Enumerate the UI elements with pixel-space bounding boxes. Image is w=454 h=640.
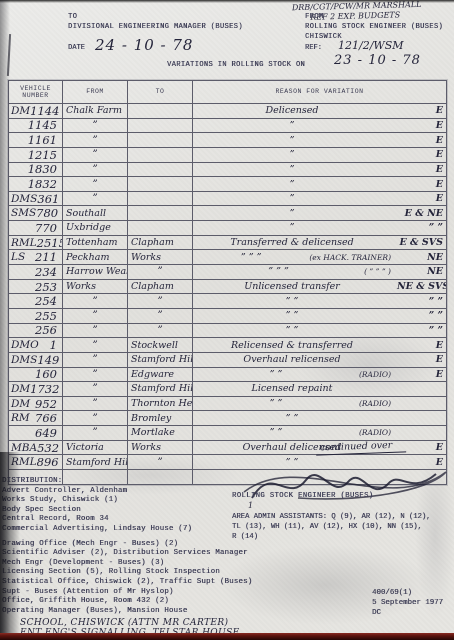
area-admin-line2: TL (13), WH (11), AV (12), HX (10), NN (… xyxy=(232,522,430,532)
reason-cell: ” ” ” ” xyxy=(193,309,446,323)
to-cell: Works xyxy=(128,250,193,264)
reason-cell: ” E xyxy=(193,133,446,147)
table-row: 770 Uxbridge ” ” ” xyxy=(9,221,446,236)
from-cell: Stamford Hill xyxy=(63,455,128,469)
to-cell: Thornton Heath xyxy=(128,397,193,411)
table-row: DM 1732 ” Stamford Hill Licensed repaint xyxy=(9,382,446,397)
reason-text: ” ” xyxy=(193,369,359,380)
reason-cell: Licensed repaint xyxy=(193,382,446,396)
footer-reference: 400/69(1) 5 September 1977 DC xyxy=(372,589,443,618)
photo-edge-bottom xyxy=(0,633,454,640)
reason-cell: ” ” ” ” xyxy=(193,294,446,308)
vehicle-cell: 649 xyxy=(9,426,63,440)
table-row: 256 ” ” ” ” ” ” xyxy=(9,324,446,339)
from-cell: ” xyxy=(63,397,128,411)
distribution-line: Office, Griffith House, Room 432 (2) xyxy=(2,597,352,607)
to-cell: Bromley xyxy=(128,411,193,425)
table-row: RM 766 ” Bromley ” ” xyxy=(9,411,446,426)
reason-cell: Overhaul relicensed E xyxy=(193,353,446,367)
reason-text: ” ” ” xyxy=(193,252,309,263)
reason-text: ” ” xyxy=(193,398,359,409)
reason-text: ” xyxy=(193,135,391,146)
vehicle-number: 649 xyxy=(35,426,62,440)
footer-ref-date: 5 September 1977 xyxy=(372,599,443,609)
from-block: FROM ROLLING STOCK ENGINEER (BUSES) CHIS… xyxy=(305,12,443,42)
from-cell: ” xyxy=(63,382,128,396)
to-cell xyxy=(128,221,193,235)
vehicle-number: 2515 xyxy=(37,236,63,250)
signature xyxy=(238,458,453,510)
from-cell: ” xyxy=(63,426,128,440)
reason-text: ” ” xyxy=(193,325,391,336)
from-cell: ” xyxy=(63,411,128,425)
column-vehicle-number: VEHICLE NUMBER xyxy=(9,81,63,103)
from-cell: Tottenham xyxy=(63,236,128,250)
vehicle-number: 1215 xyxy=(28,148,62,162)
variation-code: E xyxy=(397,120,446,131)
vehicle-number: 780 xyxy=(36,206,63,220)
from-cell: ” xyxy=(63,133,128,147)
footer-ref-initials: DC xyxy=(372,609,443,619)
table-row: 254 ” ” ” ” ” ” xyxy=(9,294,446,309)
table-row: DM 1144 Chalk Farm Delicensed E xyxy=(9,104,446,119)
variation-code: E xyxy=(397,369,446,380)
to-cell: ” xyxy=(128,294,193,308)
vehicle-number: 253 xyxy=(35,280,62,294)
vehicle-prefix: DMO xyxy=(9,339,39,351)
table-row: 255 ” ” ” ” ” ” xyxy=(9,309,446,324)
vehicle-cell: 234 xyxy=(9,265,63,279)
to-label: TO xyxy=(68,12,243,22)
vehicle-prefix: DM xyxy=(9,383,30,395)
vehicle-number: 149 xyxy=(37,353,63,367)
table-body: DM 1144 Chalk Farm Delicensed E 1145 ” ”… xyxy=(9,104,446,484)
vehicle-number: 361 xyxy=(37,192,63,206)
vehicle-prefix: DM xyxy=(9,105,30,117)
vehicle-number: 532 xyxy=(37,441,63,455)
vehicle-cell: 1145 xyxy=(9,119,63,133)
to-cell xyxy=(128,192,193,206)
to-cell: Clapham xyxy=(128,280,193,294)
table-row: 1161 ” ” E xyxy=(9,133,446,148)
to-cell: Works xyxy=(128,441,193,455)
table-row: 234 Harrow Weald ” ” ” ” ( ” ” ” ) NE xyxy=(9,265,446,280)
reason-text: ” ” ” xyxy=(193,266,364,277)
reason-note: (RADIO) xyxy=(359,399,391,408)
signoff-mark: 1 xyxy=(248,501,253,510)
table-row: RML 2515 Tottenham Clapham Transferred &… xyxy=(9,236,446,251)
to-cell: Edgware xyxy=(128,368,193,382)
variation-code: E xyxy=(397,135,446,146)
from-value-line1: ROLLING STOCK ENGINEER (BUSES) xyxy=(305,22,443,32)
reason-note: (RADIO) xyxy=(359,428,391,437)
to-cell: Stockwell xyxy=(128,338,193,352)
reason-text: ” xyxy=(193,193,391,204)
variation-code: NE & SVS xyxy=(397,281,446,292)
vehicle-cell: 253 xyxy=(9,280,63,294)
from-cell: Uxbridge xyxy=(63,221,128,235)
variation-code: E & SVS xyxy=(397,237,446,248)
area-admin-line3: R (14) xyxy=(232,532,430,542)
reason-cell: ” E xyxy=(193,192,446,206)
table-header: VEHICLE NUMBER FROM TO REASON FOR VARIAT… xyxy=(9,81,446,104)
table-row: DMS 149 ” Stamford Hill Overhaul relicen… xyxy=(9,353,446,368)
to-cell: Mortlake xyxy=(128,426,193,440)
table-row: SMS 780 Southall ” E & NE xyxy=(9,206,446,221)
from-cell: ” xyxy=(63,294,128,308)
from-cell: ” xyxy=(63,192,128,206)
from-cell: ” xyxy=(63,177,128,191)
vehicle-cell: 1830 xyxy=(9,163,63,177)
reason-text: ” ” xyxy=(193,413,391,424)
reason-cell: ” E xyxy=(193,177,446,191)
to-cell xyxy=(128,148,193,162)
vehicle-number: 1832 xyxy=(28,177,62,191)
reason-note: ( ” ” ” ) xyxy=(364,267,391,276)
reason-cell: Relicensed & transferred E xyxy=(193,338,446,352)
variation-code: E & NE xyxy=(397,208,446,219)
vehicle-cell: DM 1732 xyxy=(9,382,63,396)
table-row: 253 Works Clapham Unlicensed transfer NE… xyxy=(9,280,446,295)
ref-label: REF: xyxy=(305,44,322,52)
vehicle-prefix: RM xyxy=(9,412,30,424)
vehicle-number: 256 xyxy=(35,324,62,338)
vehicle-cell: 1161 xyxy=(9,133,63,147)
reason-cell: ” ” ” ( ” ” ” ) NE xyxy=(193,265,446,279)
to-cell xyxy=(128,177,193,191)
reason-text: ” xyxy=(193,222,391,233)
to-cell xyxy=(128,163,193,177)
from-cell: ” xyxy=(63,163,128,177)
vehicle-cell: DMO 1 xyxy=(9,338,63,352)
from-cell: Chalk Farm xyxy=(63,104,128,118)
to-cell xyxy=(128,133,193,147)
variation-code: NE xyxy=(397,252,446,263)
vehicle-cell: 1832 xyxy=(9,177,63,191)
page-title-date: 23 - 10 - 78 xyxy=(334,53,421,68)
distribution-line: Licensing Section (5), Rolling Stock Ins… xyxy=(2,568,352,578)
variation-code: ” ” xyxy=(397,310,446,321)
distribution-line: SCHOOL, CHISWICK (ATTN MR CARTER) xyxy=(20,618,240,628)
table-row: DM 952 ” Thornton Heath ” ” (RADIO) xyxy=(9,397,446,412)
to-cell: ” xyxy=(128,455,193,469)
from-cell: ” xyxy=(63,338,128,352)
date-label: DATE xyxy=(68,44,85,52)
distribution-line: Statistical Office, Chiswick (2), Traffi… xyxy=(2,578,352,588)
from-cell: Southall xyxy=(63,206,128,220)
from-cell: ” xyxy=(63,119,128,133)
to-cell: Clapham xyxy=(128,236,193,250)
from-label: FROM xyxy=(305,12,443,22)
reason-cell: ” E xyxy=(193,163,446,177)
distribution-line: Scientific Adviser (2), Distribution Ser… xyxy=(2,549,352,559)
reason-text: ” ” xyxy=(193,310,391,321)
reason-text: ” ” xyxy=(193,427,359,438)
reason-text: ” xyxy=(193,208,391,219)
from-cell: Victoria xyxy=(63,441,128,455)
variations-table: VEHICLE NUMBER FROM TO REASON FOR VARIAT… xyxy=(8,80,447,485)
vehicle-number: 255 xyxy=(35,309,62,323)
reason-cell: ” E xyxy=(193,119,446,133)
to-cell xyxy=(128,206,193,220)
vehicle-prefix: DM xyxy=(9,398,30,410)
photo-edge-top xyxy=(0,0,454,3)
reason-text: Licensed repaint xyxy=(193,383,391,394)
vehicle-cell: 770 xyxy=(9,221,63,235)
from-cell: Harrow Weald xyxy=(63,265,128,279)
to-cell xyxy=(128,104,193,118)
column-from: FROM xyxy=(63,81,128,103)
distribution-line: Supt - Buses (Attention of Mr Hyslop) xyxy=(2,588,352,598)
vehicle-cell: 160 xyxy=(9,368,63,382)
table-row: LS 211 Peckham Works ” ” ” (ex HACK. TRA… xyxy=(9,250,446,265)
reason-cell: ” E & NE xyxy=(193,206,446,220)
vehicle-prefix: RML xyxy=(9,237,37,249)
vehicle-number: 254 xyxy=(35,294,62,308)
variation-code: E xyxy=(397,105,446,116)
from-cell: Works xyxy=(63,280,128,294)
table-row: 160 ” Edgware ” ” (RADIO) E xyxy=(9,368,446,383)
vehicle-prefix: LS xyxy=(9,251,25,263)
reason-text: ” xyxy=(193,164,391,175)
table-row: 649 ” Mortlake ” ” (RADIO) xyxy=(9,426,446,441)
ref-value: 121/2/WSM xyxy=(338,39,404,52)
table-row: 1145 ” ” E xyxy=(9,119,446,134)
variation-code: ” ” xyxy=(397,222,446,233)
reason-cell: ” ” (RADIO) xyxy=(193,426,446,440)
vehicle-number: 211 xyxy=(35,250,62,264)
reason-text: ” ” xyxy=(193,296,391,307)
table-row: 1215 ” ” E xyxy=(9,148,446,163)
area-admin-assistants: AREA ADMIN ASSISTANTS: Q (9), AR (12), N… xyxy=(232,512,430,542)
vehicle-prefix: DMS xyxy=(9,354,37,366)
variation-code: ” ” xyxy=(397,296,446,307)
variation-code: ” ” xyxy=(397,325,446,336)
reason-cell: ” ” ” xyxy=(193,221,446,235)
vehicle-cell: 255 xyxy=(9,309,63,323)
to-cell xyxy=(128,119,193,133)
vehicle-prefix: SMS xyxy=(9,207,36,219)
reason-text: ” xyxy=(193,120,391,131)
vehicle-cell: DM 952 xyxy=(9,397,63,411)
vehicle-cell: DM 1144 xyxy=(9,104,63,118)
vehicle-number: 1830 xyxy=(28,163,62,177)
to-block: TO DIVISIONAL ENGINEERING MANAGER (BUSES… xyxy=(68,12,243,32)
variation-code: NE xyxy=(397,266,446,277)
vehicle-cell: 254 xyxy=(9,294,63,308)
from-cell: ” xyxy=(63,324,128,338)
reason-note: (RADIO) xyxy=(359,370,391,379)
footer-ref-number: 400/69(1) xyxy=(372,589,443,599)
reason-cell: ” ” ” ” xyxy=(193,324,446,338)
reason-cell: ” ” ” (ex HACK. TRAINER) NE xyxy=(193,250,446,264)
vehicle-number: 1161 xyxy=(28,133,62,147)
vehicle-number: 770 xyxy=(35,221,62,235)
reason-cell: ” E xyxy=(193,148,446,162)
vehicle-cell: SMS 780 xyxy=(9,206,63,220)
vehicle-number: 766 xyxy=(35,411,62,425)
variation-code: E xyxy=(397,149,446,160)
vehicle-number: 896 xyxy=(37,455,63,469)
photo-edge-left-shadow xyxy=(0,452,20,640)
variation-code: E xyxy=(397,193,446,204)
reason-text: Unlicensed transfer xyxy=(193,281,391,292)
reason-text: Overhaul relicensed xyxy=(193,354,391,365)
to-cell: ” xyxy=(128,324,193,338)
reason-cell: ” ” (RADIO) E xyxy=(193,368,446,382)
reason-cell: ” ” (RADIO) xyxy=(193,397,446,411)
vehicle-number: 234 xyxy=(35,265,62,279)
vehicle-cell: 256 xyxy=(9,324,63,338)
reason-cell: Unlicensed transfer NE & SVS xyxy=(193,280,446,294)
date-value: 24 - 10 - 78 xyxy=(95,36,193,54)
reason-text: ” xyxy=(193,149,391,160)
vehicle-number: 952 xyxy=(35,397,62,411)
to-cell: Stamford Hill xyxy=(128,353,193,367)
variation-code: E xyxy=(397,340,446,351)
page-title: VARIATIONS IN ROLLING STOCK ON xyxy=(167,61,305,69)
reason-text: Transferred & delicensed xyxy=(193,237,391,248)
vehicle-cell: LS 211 xyxy=(9,250,63,264)
vehicle-number: 1 xyxy=(50,338,62,352)
vehicle-cell: RML 2515 xyxy=(9,236,63,250)
signoff-title: ROLLING STOCK ENGINEER (BUSES) xyxy=(232,492,373,500)
from-cell: Peckham xyxy=(63,250,128,264)
reason-note: (ex HACK. TRAINER) xyxy=(309,253,391,262)
reason-cell: Delicensed E xyxy=(193,104,446,118)
variation-code: E xyxy=(397,354,446,365)
table-row: 1830 ” ” E xyxy=(9,163,446,178)
vehicle-cell: 1215 xyxy=(9,148,63,162)
to-cell: ” xyxy=(128,309,193,323)
vehicle-cell: RM 766 xyxy=(9,411,63,425)
vehicle-cell: DMS 361 xyxy=(9,192,63,206)
reason-text: Delicensed xyxy=(193,105,391,116)
variation-code: E xyxy=(397,164,446,175)
vehicle-number: 1732 xyxy=(30,382,63,396)
reason-text: ” xyxy=(193,179,391,190)
reason-cell: Transferred & delicensed E & SVS xyxy=(193,236,446,250)
table-row: DMS 361 ” ” E xyxy=(9,192,446,207)
table-row: DMO 1 ” Stockwell Relicensed & transferr… xyxy=(9,338,446,353)
table-row: 1832 ” ” E xyxy=(9,177,446,192)
vehicle-cell: DMS 149 xyxy=(9,353,63,367)
from-cell: ” xyxy=(63,148,128,162)
from-cell: ” xyxy=(63,368,128,382)
column-reason: REASON FOR VARIATION xyxy=(193,81,446,103)
area-admin-line1: AREA ADMIN ASSISTANTS: Q (9), AR (12), N… xyxy=(232,512,430,522)
variation-code: E xyxy=(397,179,446,190)
from-cell: ” xyxy=(63,353,128,367)
to-value: DIVISIONAL ENGINEERING MANAGER (BUSES) xyxy=(68,22,243,32)
distribution-line: Operating Manager (Buses), Mansion House xyxy=(2,607,352,617)
vehicle-number: 160 xyxy=(35,368,62,382)
vehicle-prefix: DMS xyxy=(9,193,37,205)
vehicle-number: 1145 xyxy=(28,119,62,133)
reason-cell: ” ” xyxy=(193,411,446,425)
reason-text: Relicensed & transferred xyxy=(193,340,391,351)
column-to: TO xyxy=(128,81,193,103)
to-cell: ” xyxy=(128,265,193,279)
distribution-line: Mech Engr (Development - Buses) (3) xyxy=(2,559,352,569)
vehicle-number: 1144 xyxy=(30,104,63,118)
from-cell: ” xyxy=(63,309,128,323)
to-cell: Stamford Hill xyxy=(128,382,193,396)
scanned-memo-page: DRB/CGT/PCW/MR MARSHALL REF 2 EXP. BUDGE… xyxy=(0,0,454,640)
